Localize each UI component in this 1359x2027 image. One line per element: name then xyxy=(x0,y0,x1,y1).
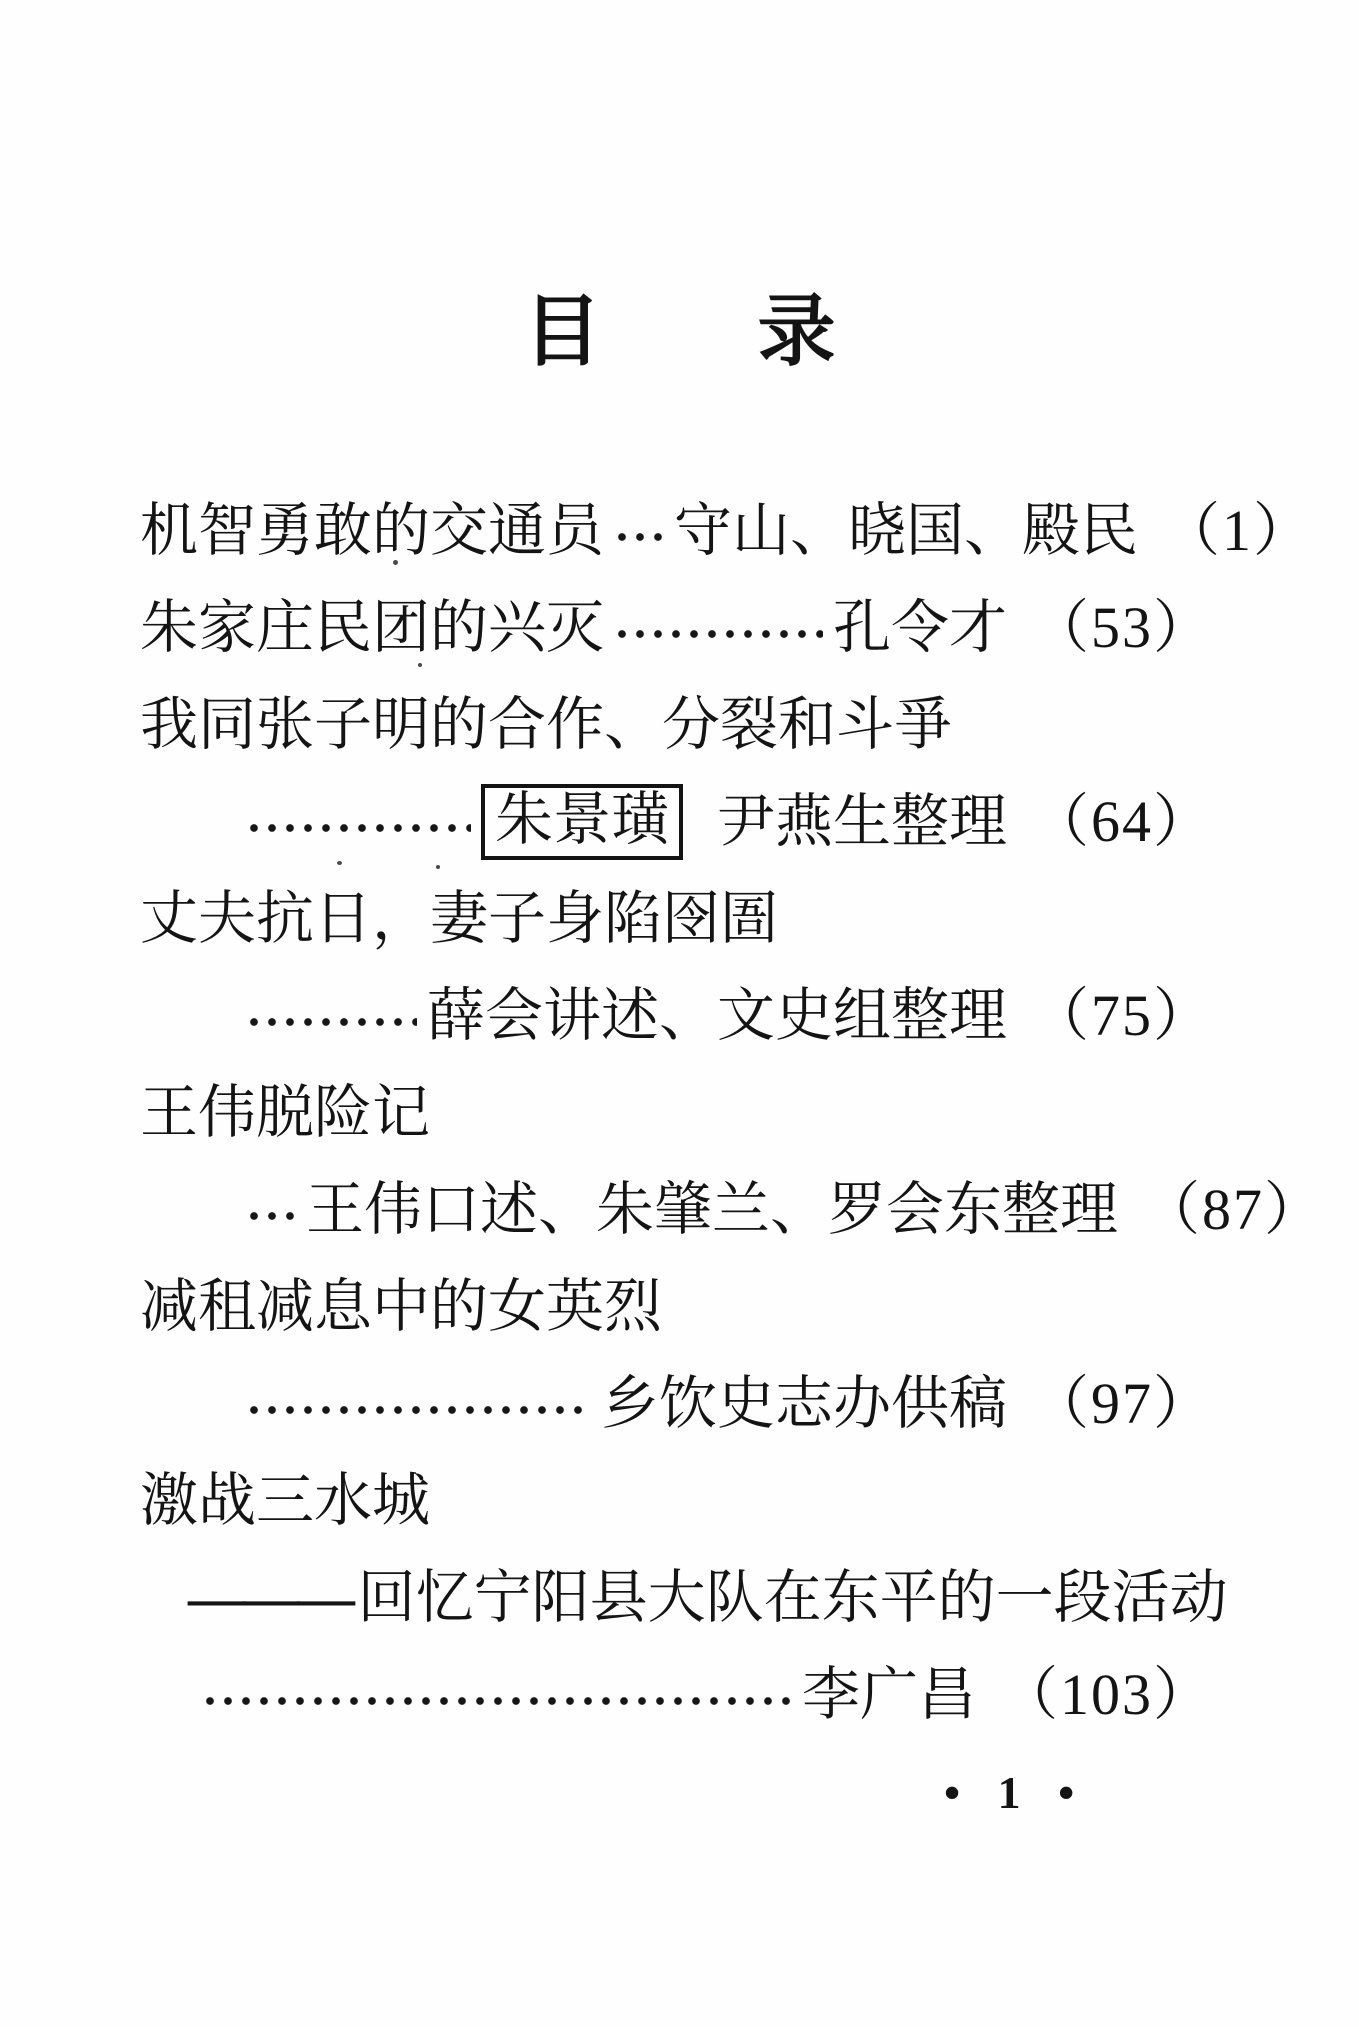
toc-row: 我同张子明的合作、分裂和斗爭 xyxy=(140,676,1213,773)
entry-page: （53） xyxy=(1031,599,1213,657)
page-title: 目 录 xyxy=(0,293,1359,371)
entry-authors: 李广昌 xyxy=(802,1666,976,1724)
scan-speck xyxy=(393,560,398,565)
toc-row: 王伟脱险记 xyxy=(140,1064,1213,1161)
toc-row: 李广昌 （103） xyxy=(140,1646,1213,1743)
entry-authors: 薛会讲述、文史组整理 xyxy=(427,987,1007,1045)
dot-leader xyxy=(614,529,664,545)
dot-leader xyxy=(246,1014,417,1030)
toc-row: 朱景璜 尹燕生整理 （64） xyxy=(140,773,1213,870)
entry-title: 减租减息中的女英烈 xyxy=(140,1278,662,1336)
entry-authors: 尹燕生整理 xyxy=(717,793,1007,851)
scan-speck xyxy=(337,861,342,865)
toc-row: ——— 回忆宁阳县大队在东平的一段活动 xyxy=(140,1549,1213,1646)
toc-row: 薛会讲述、文史组整理 （75） xyxy=(140,967,1213,1064)
scan-speck xyxy=(418,663,422,667)
entry-authors: 孔令才 xyxy=(833,599,1007,657)
entry-page: （75） xyxy=(1031,987,1213,1045)
dot-leader xyxy=(246,1402,591,1418)
toc-row: 激战三水城 xyxy=(140,1452,1213,1549)
dot-leader xyxy=(246,820,471,836)
entry-authors: 王伟口述、朱肇兰、罗会东整理 xyxy=(306,1181,1118,1239)
toc-row: 乡饮史志办供稿 （97） xyxy=(140,1355,1213,1452)
entry-title: 激战三水城 xyxy=(140,1472,430,1530)
toc-row: 丈夫抗日，妻子身陷囹圄 xyxy=(140,870,1213,967)
page-number: • 1 • xyxy=(944,1766,1078,1819)
entry-authors: 守山、晓国、殿民 xyxy=(674,502,1138,560)
dot-leader xyxy=(246,1208,296,1224)
entry-page: （97） xyxy=(1031,1375,1213,1433)
toc-page: 目 录 机智勇敢的交通员 守山、晓国、殿民 （1） 朱家庄民团的兴灭 孔令才 （… xyxy=(0,0,1359,2027)
toc-row: 机智勇敢的交通员 守山、晓国、殿民 （1） xyxy=(140,482,1213,579)
entry-title: 我同张子明的合作、分裂和斗爭 xyxy=(140,696,952,754)
dot-leader xyxy=(614,626,823,642)
entry-title: 丈夫抗日，妻子身陷囹圄 xyxy=(140,890,778,948)
entry-page: （103） xyxy=(1000,1666,1213,1724)
toc-row: 减租减息中的女英烈 xyxy=(140,1258,1213,1355)
entry-title: 机智勇敢的交通员 xyxy=(140,502,604,560)
entry-title: 王伟脱险记 xyxy=(140,1084,430,1142)
em-dash: ——— xyxy=(188,1569,352,1627)
scan-speck xyxy=(436,865,440,869)
entry-subtitle: 回忆宁阳县大队在东平的一段活动 xyxy=(358,1569,1228,1627)
entry-title: 朱家庄民团的兴灭 xyxy=(140,599,604,657)
entry-page: （87） xyxy=(1142,1181,1324,1239)
dot-leader xyxy=(202,1693,792,1709)
boxed-author: 朱景璜 xyxy=(481,784,683,860)
entry-authors: 乡饮史志办供稿 xyxy=(601,1375,1007,1433)
toc-entries: 机智勇敢的交通员 守山、晓国、殿民 （1） 朱家庄民团的兴灭 孔令才 （53） … xyxy=(140,482,1213,1743)
entry-page: （64） xyxy=(1031,793,1213,851)
toc-row: 朱家庄民团的兴灭 孔令才 （53） xyxy=(140,579,1213,676)
toc-row: 王伟口述、朱肇兰、罗会东整理 （87） xyxy=(140,1161,1213,1258)
entry-page: （1） xyxy=(1162,502,1313,560)
